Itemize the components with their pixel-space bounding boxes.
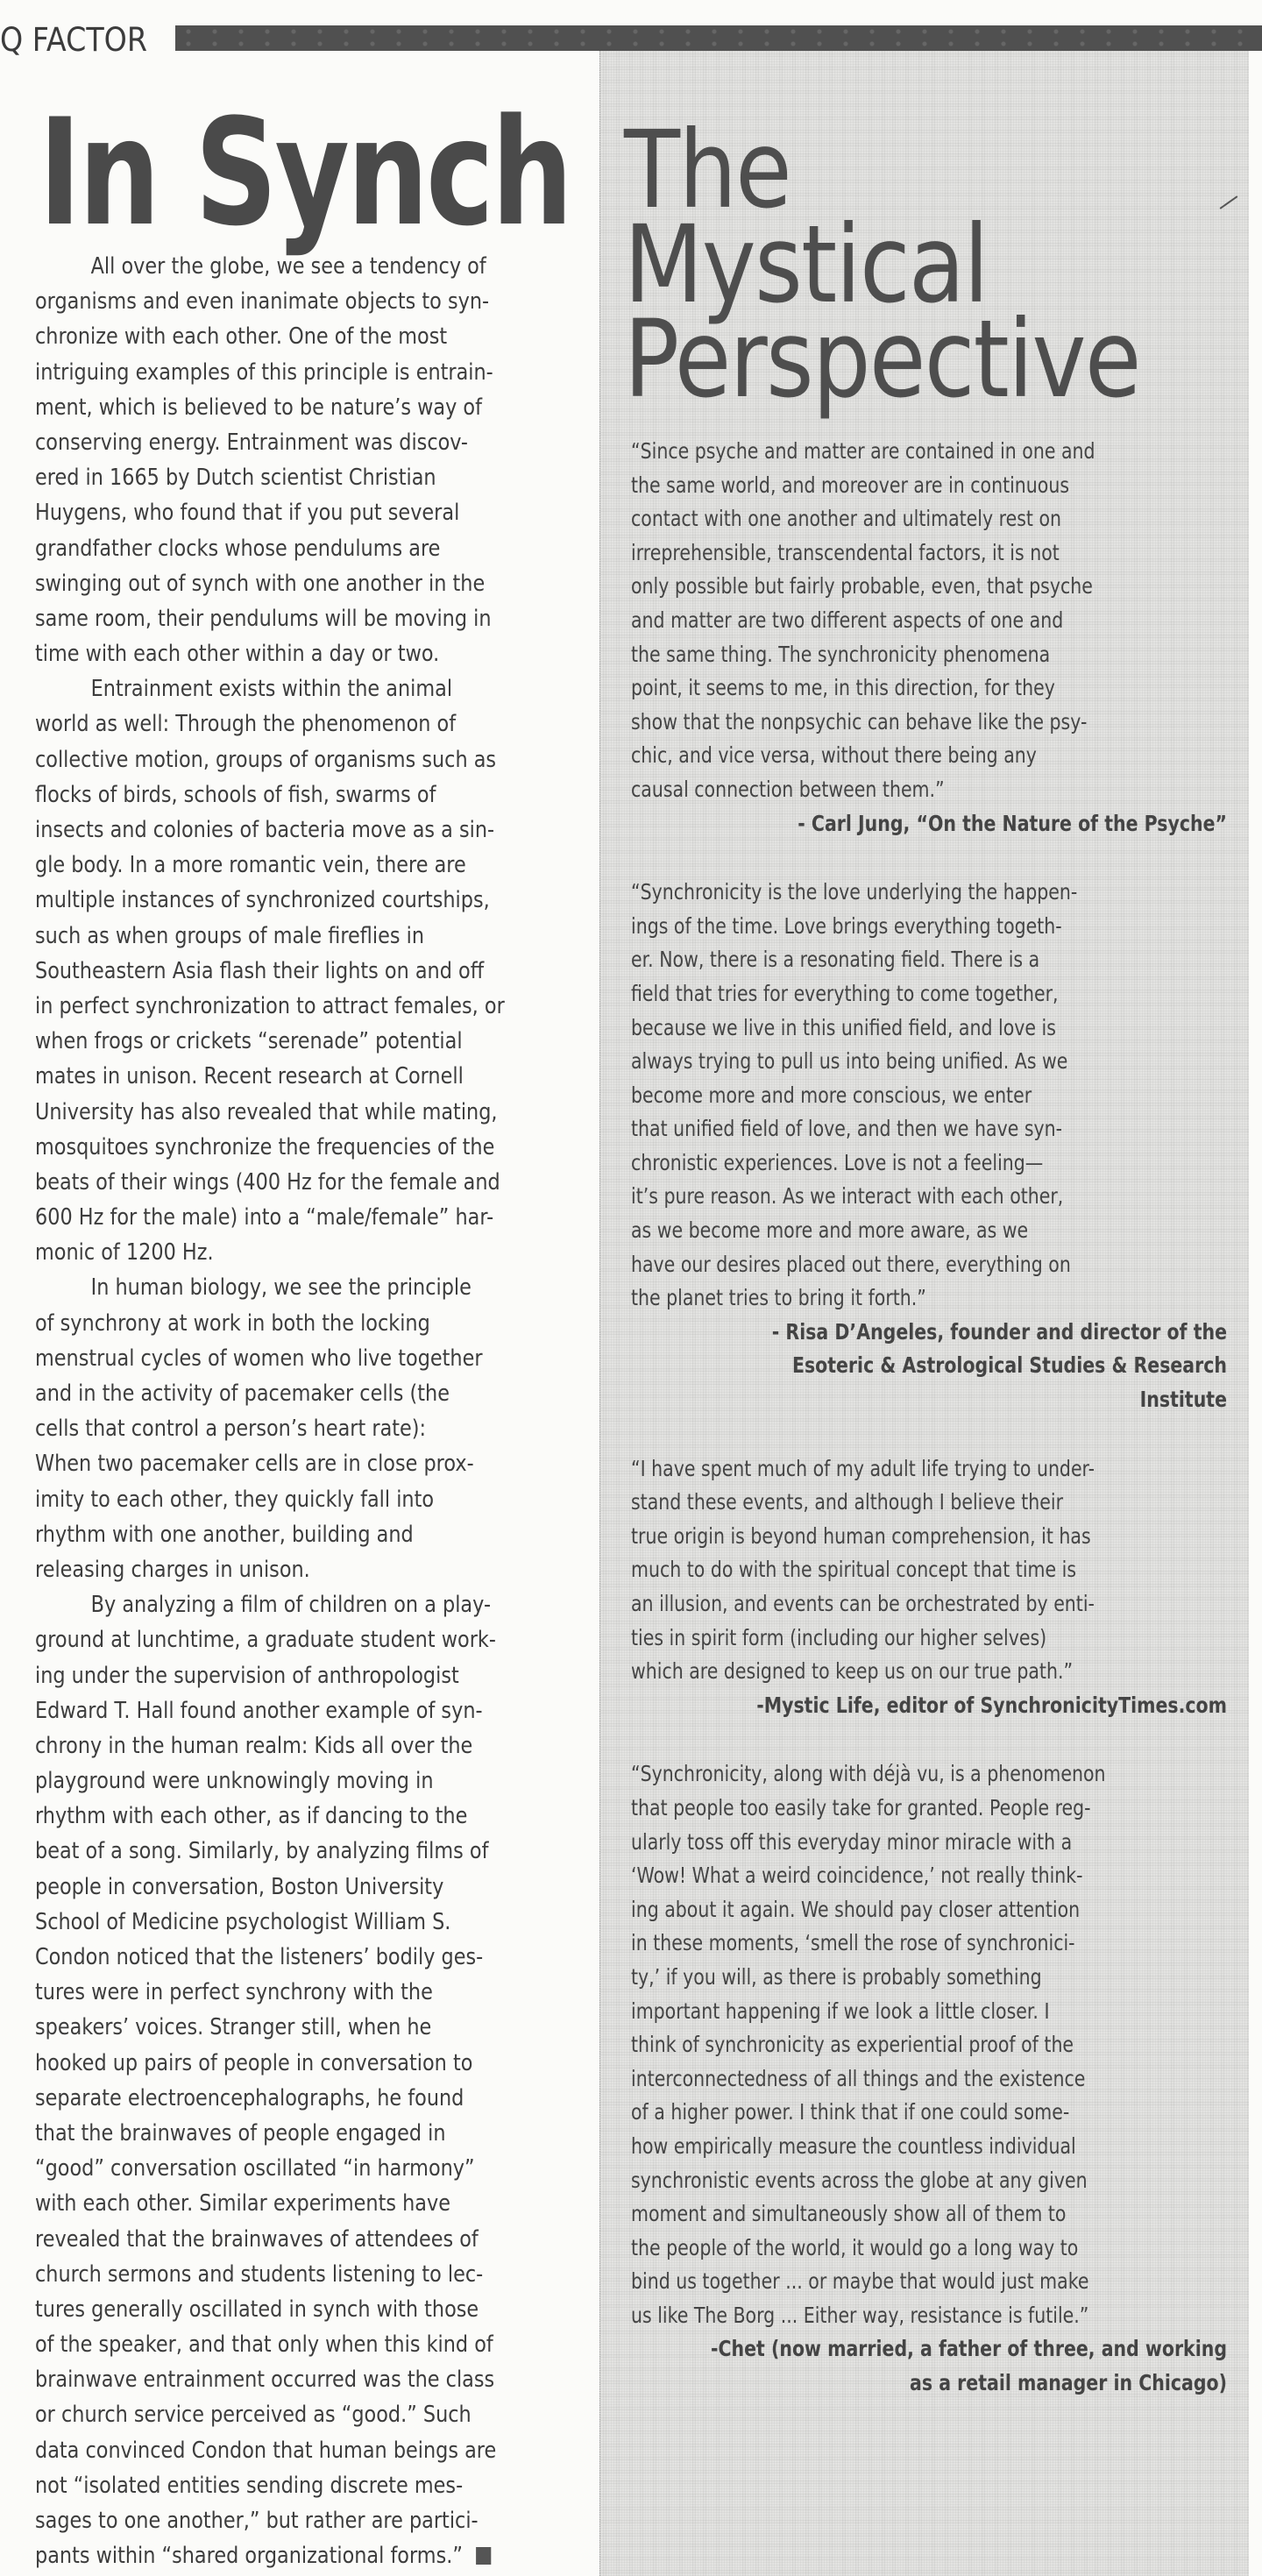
quote-attribution: -Mystic Life, editor of SynchronicityTim… xyxy=(645,1689,1227,1723)
article-body: All over the globe, we see a tendency of… xyxy=(35,249,578,2573)
quote-line: chic, and vice versa, without there bein… xyxy=(631,739,1112,773)
text-line: 600 Hz for the male) into a “male/female… xyxy=(35,1200,502,1235)
quote-line: interconnectedness of all things and the… xyxy=(631,2062,1112,2097)
quote-line: ularly toss off this everyday minor mira… xyxy=(631,1826,1112,1860)
quote-line: ings of the time. Love brings everything… xyxy=(631,910,1112,944)
quote-line: us like The Borg ... Either way, resista… xyxy=(631,2299,1112,2333)
text-line: people in conversation, Boston Universit… xyxy=(35,1870,502,1905)
quote-line: become more and more conscious, we enter xyxy=(631,1079,1112,1113)
text-line: ment, which is believed to be nature’s w… xyxy=(35,390,502,425)
quote-block: “I have spent much of my adult life tryi… xyxy=(631,1452,1218,1723)
article-paragraph: In human biology, we see the principleof… xyxy=(35,1270,578,1587)
quote-line: the same thing. The synchronicity phenom… xyxy=(631,638,1112,672)
article-title: In Synch xyxy=(39,98,571,247)
quote-line: an illusion, and events can be orchestra… xyxy=(631,1587,1112,1622)
quote-line: much to do with the spiritual concept th… xyxy=(631,1553,1112,1587)
quote-attribution: as a retail manager in Chicago) xyxy=(645,2367,1227,2401)
text-line: swinging out of synch with one another i… xyxy=(35,566,502,601)
text-line: of the speaker, and that only when this … xyxy=(35,2327,502,2362)
quote-line: causal connection between them.” xyxy=(631,773,1112,807)
quote-line: the planet tries to bring it forth.” xyxy=(631,1281,1112,1316)
quote-line: that people too easily take for granted.… xyxy=(631,1792,1112,1826)
text-line: or church service perceived as “good.” S… xyxy=(35,2397,502,2432)
text-line: such as when groups of male fireflies in xyxy=(35,919,502,954)
text-line: mates in unison. Recent research at Corn… xyxy=(35,1059,502,1094)
quote-line: “I have spent much of my adult life tryi… xyxy=(631,1452,1112,1487)
text-line: Condon noticed that the listeners’ bodil… xyxy=(35,1940,502,1975)
quote-line: the people of the world, it would go a l… xyxy=(631,2232,1112,2266)
quote-line: important happening if we look a little … xyxy=(631,1995,1112,2029)
quote-line: irreprehensible, transcendental factors,… xyxy=(631,536,1112,571)
quote-line: always trying to pull us into being unif… xyxy=(631,1045,1112,1079)
sidebar-title-line: Perspective xyxy=(624,312,1140,407)
text-line: intriguing examples of this principle is… xyxy=(35,355,502,390)
text-line: chrony in the human realm: Kids all over… xyxy=(35,1728,502,1763)
text-line: grandfather clocks whose pendulums are xyxy=(35,531,502,566)
text-line: imity to each other, they quickly fall i… xyxy=(35,1482,502,1517)
text-line: School of Medicine psychologist William … xyxy=(35,1905,502,1940)
quote-spacer xyxy=(631,1722,1218,1757)
text-line: conserving energy. Entrainment was disco… xyxy=(35,425,502,460)
text-line: releasing charges in unison. xyxy=(35,1552,502,1587)
text-line: flocks of birds, schools of fish, swarms… xyxy=(35,777,502,813)
quote-line: have our desires placed out there, every… xyxy=(631,1248,1112,1282)
quote-line: point, it seems to me, in this direction… xyxy=(631,671,1112,706)
text-line: playground were unknowingly moving in xyxy=(35,1763,502,1799)
text-line: Edward T. Hall found another example of … xyxy=(35,1693,502,1728)
text-line: time with each other within a day or two… xyxy=(35,636,502,671)
text-line: gle body. In a more romantic vein, there… xyxy=(35,848,502,883)
text-line: Southeastern Asia flash their lights on … xyxy=(35,954,502,989)
sidebar-title: The Mystical Perspective xyxy=(624,123,1140,407)
quote-line: it’s pure reason. As we interact with ea… xyxy=(631,1180,1112,1214)
text-line: monic of 1200 Hz. xyxy=(35,1235,502,1270)
quote-spacer xyxy=(631,1417,1218,1452)
quote-line: how empirically measure the countless in… xyxy=(631,2130,1112,2164)
text-line: beat of a song. Similarly, by analyzing … xyxy=(35,1834,502,1869)
text-line: of synchrony at work in both the locking xyxy=(35,1306,502,1341)
text-line: world as well: Through the phenomenon of xyxy=(35,706,502,742)
quote-line: synchronistic events across the globe at… xyxy=(631,2164,1112,2198)
quote-line: stand these events, and although I belie… xyxy=(631,1486,1112,1520)
text-line: In human biology, we see the principle xyxy=(35,1270,502,1305)
quote-line: contact with one another and ultimately … xyxy=(631,502,1112,536)
quote-attribution: - Risa D’Angeles, founder and director o… xyxy=(645,1316,1227,1350)
quote-line: the same world, and moreover are in cont… xyxy=(631,469,1112,503)
text-line: tures generally oscillated in synch with… xyxy=(35,2292,502,2327)
text-line: ered in 1665 by Dutch scientist Christia… xyxy=(35,460,502,495)
header-rule xyxy=(175,25,1262,51)
quote-line: as we become more and more aware, as we xyxy=(631,1214,1112,1248)
quote-line: true origin is beyond human comprehensio… xyxy=(631,1520,1112,1554)
quote-line: only possible but fairly probable, even,… xyxy=(631,570,1112,604)
text-line: not “isolated entities sending discrete … xyxy=(35,2468,502,2503)
quote-block: “Since psyche and matter are contained i… xyxy=(631,435,1218,841)
text-line: sages to one another,” but rather are pa… xyxy=(35,2503,502,2538)
quote-line: think of synchronicity as experiential p… xyxy=(631,2028,1112,2062)
quote-line: because we live in this unified field, a… xyxy=(631,1011,1112,1046)
article-paragraph: Entrainment exists within the animalworl… xyxy=(35,671,578,1270)
quote-attribution: Esoteric & Astrological Studies & Resear… xyxy=(645,1349,1227,1383)
text-line: same room, their pendulums will be movin… xyxy=(35,601,502,636)
quote-line: in these moments, ‘smell the rose of syn… xyxy=(631,1927,1112,1961)
text-line: By analyzing a film of children on a pla… xyxy=(35,1587,502,1622)
quote-line: chronistic experiences. Love is not a fe… xyxy=(631,1146,1112,1181)
quote-line: which are designed to keep us on our tru… xyxy=(631,1655,1112,1689)
quote-line: of a higher power. I think that if one c… xyxy=(631,2096,1112,2130)
text-line: and in the activity of pacemaker cells (… xyxy=(35,1376,502,1411)
text-line: pants within “shared organizational form… xyxy=(35,2538,502,2573)
text-line: revealed that the brainwaves of attendee… xyxy=(35,2222,502,2257)
text-line: tures were in perfect synchrony with the xyxy=(35,1975,502,2010)
quote-line: “Synchronicity is the love underlying th… xyxy=(631,876,1112,910)
quote-line: and matter are two different aspects of … xyxy=(631,604,1112,638)
text-line: cells that control a person’s heart rate… xyxy=(35,1411,502,1446)
text-line: speakers’ voices. Stranger still, when h… xyxy=(35,2010,502,2045)
quote-line: ty,’ if you will, as there is probably s… xyxy=(631,1961,1112,1995)
section-label: Q FACTOR xyxy=(0,23,147,58)
text-line: rhythm with each other, as if dancing to… xyxy=(35,1799,502,1834)
text-line: multiple instances of synchronized court… xyxy=(35,883,502,918)
text-line: ing under the supervision of anthropolog… xyxy=(35,1658,502,1693)
text-line: separate electroencephalographs, he foun… xyxy=(35,2081,502,2116)
text-line: when frogs or crickets “serenade” potent… xyxy=(35,1024,502,1059)
text-line: rhythm with one another, building and xyxy=(35,1517,502,1552)
text-line: brainwave entrainment occurred was the c… xyxy=(35,2362,502,2397)
quote-line: moment and simultaneously show all of th… xyxy=(631,2197,1112,2232)
text-line: All over the globe, we see a tendency of xyxy=(35,249,502,284)
quote-line: bind us together ... or maybe that would… xyxy=(631,2265,1112,2299)
text-line: insects and colonies of bacteria move as… xyxy=(35,813,502,848)
text-line: menstrual cycles of women who live toget… xyxy=(35,1341,502,1376)
quote-line: that unified field of love, and then we … xyxy=(631,1112,1112,1146)
quote-block: “Synchronicity is the love underlying th… xyxy=(631,876,1218,1417)
text-line: Entrainment exists within the animal xyxy=(35,671,502,706)
quote-line: field that tries for everything to come … xyxy=(631,977,1112,1011)
text-line: with each other. Similar experiments hav… xyxy=(35,2186,502,2221)
quote-line: ing about it again. We should pay closer… xyxy=(631,1893,1112,1927)
text-line: organisms and even inanimate objects to … xyxy=(35,284,502,319)
article-paragraph: All over the globe, we see a tendency of… xyxy=(35,249,578,671)
quote-line: er. Now, there is a resonating field. Th… xyxy=(631,943,1112,977)
quote-line: ‘Wow! What a weird coincidence,’ not rea… xyxy=(631,1859,1112,1893)
article-paragraph: By analyzing a film of children on a pla… xyxy=(35,1587,578,2573)
quote-attribution: - Carl Jung, “On the Nature of the Psych… xyxy=(645,807,1227,841)
text-line: beats of their wings (400 Hz for the fem… xyxy=(35,1165,502,1200)
text-line: in perfect synchronization to attract fe… xyxy=(35,989,502,1024)
sidebar-quotes: “Since psyche and matter are contained i… xyxy=(631,435,1218,2401)
quote-block: “Synchronicity, along with déjà vu, is a… xyxy=(631,1757,1218,2400)
text-line: “good” conversation oscillated “in harmo… xyxy=(35,2151,502,2186)
quote-line: ties in spirit form (including our highe… xyxy=(631,1622,1112,1656)
quote-line: “Since psyche and matter are contained i… xyxy=(631,435,1112,469)
text-line: When two pacemaker cells are in close pr… xyxy=(35,1446,502,1481)
text-line: University has also revealed that while … xyxy=(35,1095,502,1130)
text-line: mosquitoes synchronize the frequencies o… xyxy=(35,1130,502,1165)
quote-spacer xyxy=(631,841,1218,876)
text-line: chronize with each other. One of the mos… xyxy=(35,319,502,354)
text-line: data convinced Condon that human beings … xyxy=(35,2433,502,2468)
text-line: that the brainwaves of people engaged in xyxy=(35,2116,502,2151)
quote-attribution: Institute xyxy=(645,1383,1227,1417)
text-line: hooked up pairs of people in conversatio… xyxy=(35,2046,502,2081)
text-line: ground at lunchtime, a graduate student … xyxy=(35,1622,502,1657)
text-line: Huygens, who found that if you put sever… xyxy=(35,495,502,530)
text-line: church sermons and students listening to… xyxy=(35,2257,502,2292)
quote-line: show that the nonpsychic can behave like… xyxy=(631,706,1112,740)
text-line: collective motion, groups of organisms s… xyxy=(35,742,502,777)
quote-attribution: -Chet (now married, a father of three, a… xyxy=(645,2332,1227,2367)
end-of-article-mark xyxy=(476,2547,491,2565)
quote-line: “Synchronicity, along with déjà vu, is a… xyxy=(631,1757,1112,1792)
